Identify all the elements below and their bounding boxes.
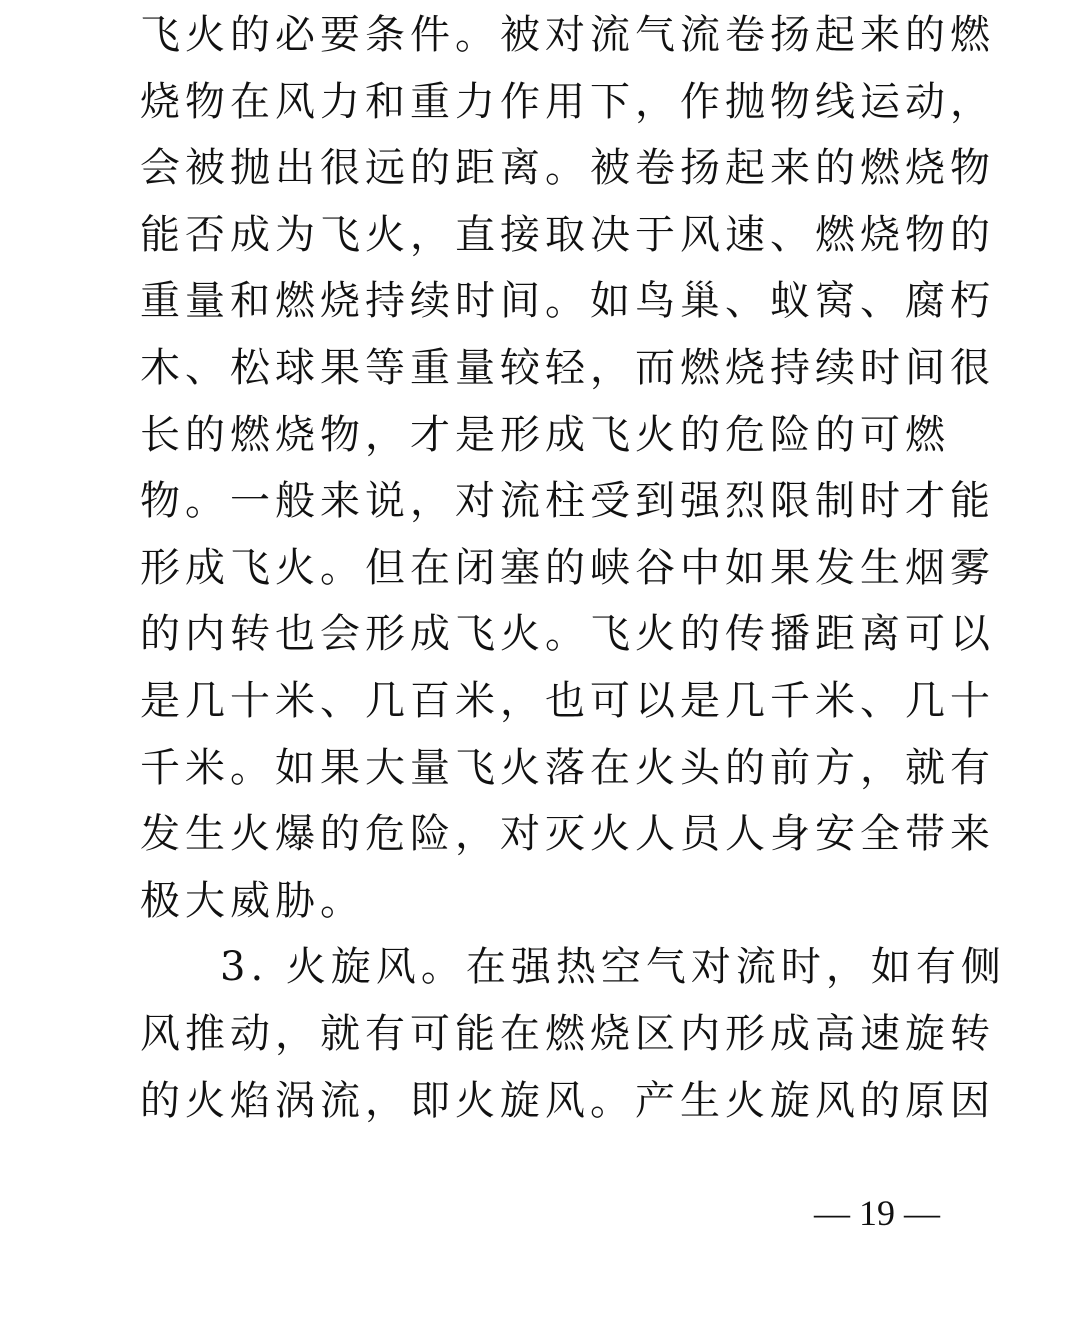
text-line: 发生火爆的危险，对灭火人员人身安全带来 (140, 801, 940, 868)
text-line: 极大威胁。 (140, 868, 940, 935)
text-line: 是几十米、几百米，也可以是几千米、几十 (140, 668, 940, 735)
text-line: 会被抛出很远的距离。被卷扬起来的燃烧物 (140, 135, 940, 202)
text-line: 形成飞火。但在闭塞的峡谷中如果发生烟雾 (140, 535, 940, 602)
text-line: 重量和燃烧持续时间。如鸟巢、蚁窝、腐朽 (140, 268, 940, 335)
text-line: 烧物在风力和重力作用下，作抛物线运动， (140, 69, 940, 136)
text-line: 能否成为飞火，直接取决于风速、燃烧物的 (140, 202, 940, 269)
text-line: 千米。如果大量飞火落在火头的前方，就有 (140, 735, 940, 802)
document-page: 飞火的必要条件。被对流气流卷扬起来的燃 烧物在风力和重力作用下，作抛物线运动， … (0, 0, 1080, 1343)
page-number: — 19 — (814, 1190, 940, 1236)
text-line: 风推动，就有可能在燃烧区内形成高速旋转 (140, 1001, 940, 1068)
text-line: 的火焰涡流，即火旋风。产生火旋风的原因 (140, 1068, 940, 1135)
text-line: 长的燃烧物，才是形成飞火的危险的可燃 (140, 402, 940, 469)
paragraph-flying-fire: 飞火的必要条件。被对流气流卷扬起来的燃 烧物在风力和重力作用下，作抛物线运动， … (140, 2, 940, 934)
section-heading-line: 3. 火旋风。在强热空气对流时，如有侧 (140, 934, 940, 1001)
paragraph-fire-whirlwind: 3. 火旋风。在强热空气对流时，如有侧 风推动，就有可能在燃烧区内形成高速旋转 … (140, 934, 940, 1134)
text-line: 的内转也会形成飞火。飞火的传播距离可以 (140, 601, 940, 668)
text-line: 物。一般来说，对流柱受到强烈限制时才能 (140, 468, 940, 535)
text-line: 飞火的必要条件。被对流气流卷扬起来的燃 (140, 2, 940, 69)
text-line: 木、松球果等重量较轻，而燃烧持续时间很 (140, 335, 940, 402)
body-text: 飞火的必要条件。被对流气流卷扬起来的燃 烧物在风力和重力作用下，作抛物线运动， … (140, 2, 940, 1134)
